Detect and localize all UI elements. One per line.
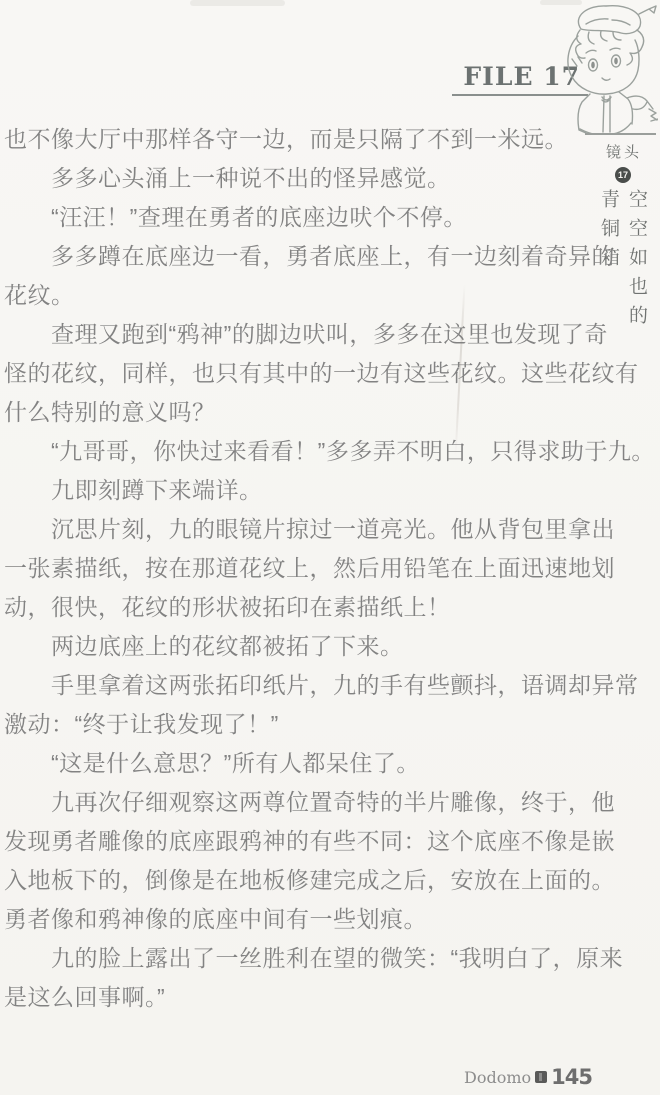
- text-line: 什么特别的意义吗？: [4, 393, 584, 432]
- text-line: 怪的花纹，同样，也只有其中的一边有这些花纹。这些花纹有: [4, 354, 584, 393]
- sidebar-divider: [585, 133, 656, 135]
- page-footer: Dodomo 145: [464, 1065, 592, 1089]
- page-number: 145: [551, 1065, 592, 1089]
- text-line: 花纹。: [4, 276, 584, 315]
- text-line: “汪汪！”查理在勇者的底座边吠个不停。: [4, 198, 584, 237]
- text-line: 多多心头涌上一种说不出的怪异感觉。: [4, 159, 584, 198]
- text-line: 九即刻蹲下来端详。: [4, 471, 584, 510]
- brand-logo: Dodomo: [464, 1068, 531, 1087]
- scene-label: 镜头: [603, 141, 645, 162]
- chibi-boy-sketch-icon: [552, 2, 658, 134]
- text-line: 也不像大厅中那样各守一边，而是只隔了不到一米远。: [4, 120, 584, 159]
- text-line: 发现勇者雕像的底座跟鸦神的有些不同：这个底座不像是嵌: [4, 822, 584, 861]
- body-text: 也不像大厅中那样各守一边，而是只隔了不到一米远。多多心头涌上一种说不出的怪异感觉…: [4, 120, 584, 1017]
- text-line: “九哥哥，你快过来看看！”多多弄不明白，只得求助于九。: [4, 432, 584, 471]
- chapter-title-line-1: 空空如也的: [626, 189, 651, 379]
- text-line: 是这么回事啊。”: [4, 978, 584, 1017]
- text-line: 一张素描纸，按在那道花纹上，然后用铅笔在上面迅速地划: [4, 549, 584, 588]
- text-line: 激动：“终于让我发现了！”: [4, 705, 584, 744]
- scene-number-badge: 17: [615, 167, 631, 183]
- text-line: 沉思片刻，九的眼镜片掠过一道亮光。他从背包里拿出: [4, 510, 584, 549]
- text-line: “这是什么意思？”所有人都呆住了。: [4, 744, 584, 783]
- text-line: 多多蹲在底座边一看，勇者底座上，有一边刻着奇异的: [4, 237, 584, 276]
- brand-mark-icon: [535, 1071, 547, 1083]
- scan-smudge: [190, 0, 285, 6]
- text-line: 入地板下的，倒像是在地板修建完成之后，安放在上面的。: [4, 861, 584, 900]
- text-line: 手里拿着这两张拓印纸片，九的手有些颤抖，语调却异常: [4, 666, 584, 705]
- chapter-mascot-illustration: [552, 2, 658, 134]
- book-page: FILE 17: [0, 0, 660, 1095]
- text-line: 动，很快，花纹的形状被拓印在素描纸上！: [4, 588, 584, 627]
- text-line: 勇者像和鸦神像的底座中间有一些划痕。: [4, 900, 584, 939]
- text-line: 查理又跑到“鸦神”的脚边吠叫，多多在这里也发现了奇: [4, 315, 584, 354]
- text-line: 九再次仔细观察这两尊位置奇特的半片雕像，终于，他: [4, 783, 584, 822]
- text-line: 两边底座上的花纹都被拓了下来。: [4, 627, 584, 666]
- text-line: 九的脸上露出了一丝胜利在望的微笑：“我明白了，原来: [4, 939, 584, 978]
